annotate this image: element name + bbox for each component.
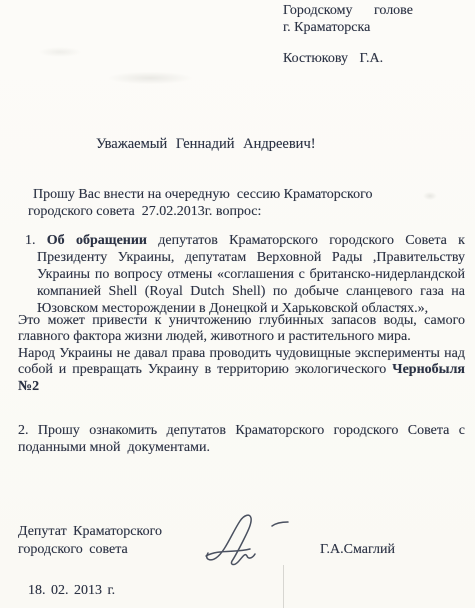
para2-line4-bold: Чернобыля <box>392 362 465 377</box>
intro-paragraph: Прошу Вас внести на очередную сессию Кра… <box>28 187 372 220</box>
para2-line1: Это может привести к уничтожению глубинн… <box>18 313 465 329</box>
signature-scribble <box>202 509 302 571</box>
intro-line1: Прошу Вас внести на очередную сессию Кра… <box>28 187 372 204</box>
para2-line4: собой и превращать Украину в территорию … <box>18 362 465 378</box>
para2-line2: главного фактора жизни людей, животного … <box>18 329 465 345</box>
intro-line2: городского совета 27.02.2013г. вопрос: <box>28 204 372 221</box>
signer-title-line2: городского совета <box>18 541 162 559</box>
para2-line4-normal: собой и превращать Украину в территорию … <box>18 362 386 377</box>
signer-title: Депутат Краматорского городского совета <box>18 523 162 558</box>
recipient-addressee: Костюкову Г.А. <box>283 50 413 67</box>
item2-line1-text: Прошу ознакомить депутатов Краматорского… <box>38 423 465 438</box>
document-date: 18. 02. 2013 г. <box>28 583 115 599</box>
item1-line1-rest: депутатов Краматорского городского Совет… <box>158 233 465 248</box>
recipient-line2: г. Краматорска <box>283 19 413 36</box>
para2-line3: Народ Украины не давал права проводить ч… <box>18 346 465 362</box>
list-item-2: 2. Прошу ознакомить депутатов Краматорск… <box>18 423 465 456</box>
item1-line1: 1. Об обращении депутатов Краматорского … <box>25 232 465 249</box>
recipient-block: Городскому голове г. Краматорска Костюко… <box>283 2 413 67</box>
body-paragraph: Это может привести к уничтожению глубинн… <box>18 313 465 395</box>
list-item-1: 1. Об обращении депутатов Краматорского … <box>25 232 465 317</box>
salutation: Уважаемый Геннадий Андреевич! <box>96 136 316 153</box>
document-page: Городскому голове г. Краматорска Костюко… <box>0 0 475 608</box>
item2-line1: 2. Прошу ознакомить депутатов Краматорск… <box>18 423 465 440</box>
recipient-line1: Городскому голове <box>283 2 413 19</box>
item1-lead-bold: Об обращении <box>47 233 147 248</box>
signer-name: Г.А.Смаглий <box>320 542 395 558</box>
item2-number: 2. <box>18 423 29 438</box>
para2-line5-bold: №2 <box>18 379 465 395</box>
item1-line3: Украины по вопросу отмены «соглашения с … <box>25 266 465 283</box>
item1-number: 1. <box>25 233 36 248</box>
signer-title-line1: Депутат Краматорского <box>18 523 162 541</box>
scan-artifact-line <box>283 565 284 608</box>
item1-line2: Президенту Украины, депутатам Верховной … <box>25 249 465 266</box>
item2-line2: поданными мной документами. <box>18 440 465 457</box>
item1-line4: компанией Shell (Royal Dutch Shell) по д… <box>25 283 465 300</box>
